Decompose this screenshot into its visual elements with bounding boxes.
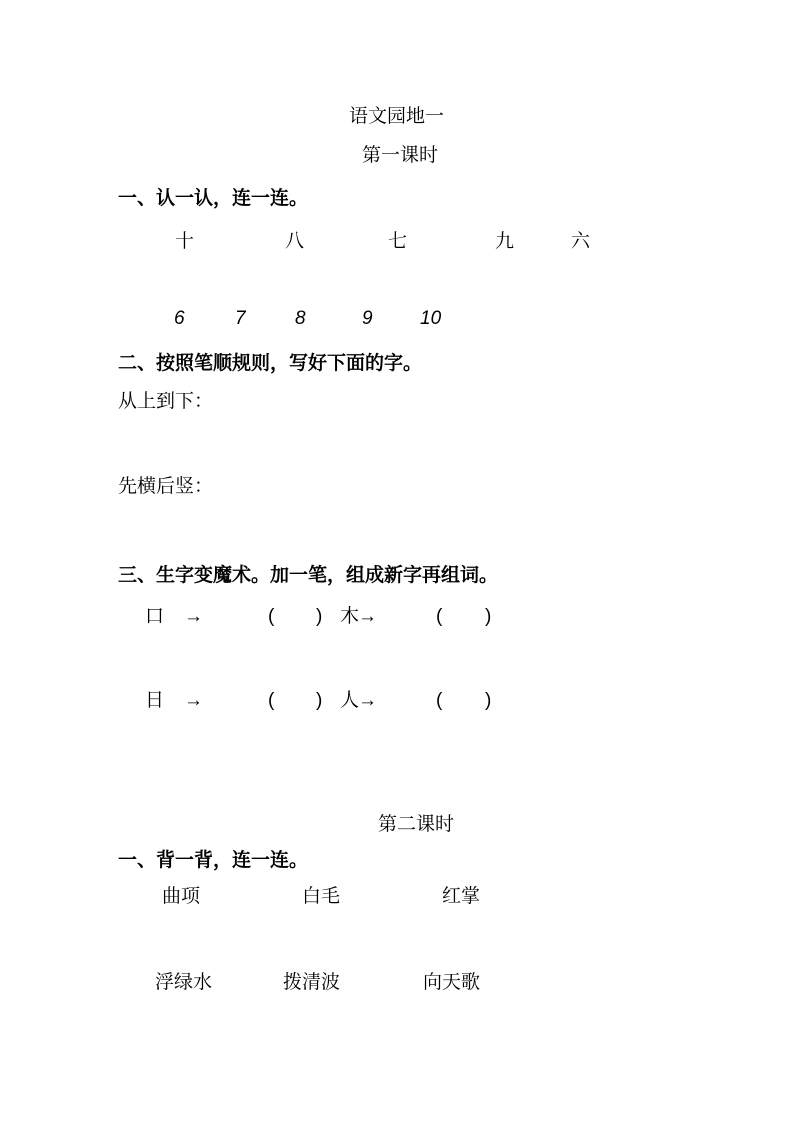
lesson2-q1-heading: 一、背一背，连一连。 xyxy=(118,849,308,873)
right-arrow-icon: → xyxy=(184,605,203,629)
match-word-bottom: 拨清波 xyxy=(283,971,340,995)
q1-hanzi-shi: 十 xyxy=(175,230,194,254)
lesson1-heading: 第一课时 xyxy=(362,144,438,168)
q1-hanzi-jiu: 九 xyxy=(495,230,514,254)
worksheet-page: 语文园地一 第一课时 一、认一认，连一连。 十 八 七 九 六 6 7 8 9 … xyxy=(0,0,793,1122)
q1-hanzi-liu: 六 xyxy=(571,230,590,254)
match-word-bottom: 浮绿水 xyxy=(155,971,212,995)
q1-hanzi-ba: 八 xyxy=(285,230,304,254)
right-arrow-icon: → xyxy=(184,689,203,713)
paren-close: ) xyxy=(316,605,322,629)
match-word-top: 白毛 xyxy=(302,885,340,909)
paren-close: ) xyxy=(316,689,322,713)
paren-open: ( xyxy=(268,689,274,713)
q3-row2-char2: 人 xyxy=(340,689,359,713)
paren-open: ( xyxy=(268,605,274,629)
match-word-bottom: 向天歌 xyxy=(423,971,480,995)
q3-heading: 三、生字变魔术。加一笔，组成新字再组词。 xyxy=(118,564,498,588)
q1-digit-6: 6 xyxy=(174,307,185,331)
q1-digit-10: 10 xyxy=(420,307,441,331)
q2-rule-top-to-bottom: 从上到下： xyxy=(118,390,213,414)
q3-row1-char2: 木 xyxy=(340,605,359,629)
q1-digit-7: 7 xyxy=(235,307,246,331)
paren-open: ( xyxy=(436,689,442,713)
q1-digit-8: 8 xyxy=(295,307,306,331)
q1-heading: 一、认一认，连一连。 xyxy=(118,187,308,211)
paren-open: ( xyxy=(436,605,442,629)
paren-close: ) xyxy=(485,689,491,713)
q1-hanzi-qi: 七 xyxy=(388,230,407,254)
lesson2-heading: 第二课时 xyxy=(378,813,454,837)
right-arrow-icon: → xyxy=(358,689,377,713)
q3-row1-char: 口 xyxy=(145,605,164,629)
q1-digit-9: 9 xyxy=(362,307,373,331)
q2-heading: 二、按照笔顺规则，写好下面的字。 xyxy=(118,352,422,376)
q3-row2-char: 日 xyxy=(145,689,164,713)
match-word-top: 曲项 xyxy=(162,885,200,909)
page-title: 语文园地一 xyxy=(0,105,793,129)
q2-rule-horizontal-first: 先横后竖： xyxy=(118,475,213,499)
right-arrow-icon: → xyxy=(358,605,377,629)
paren-close: ) xyxy=(485,605,491,629)
match-word-top: 红掌 xyxy=(442,885,480,909)
